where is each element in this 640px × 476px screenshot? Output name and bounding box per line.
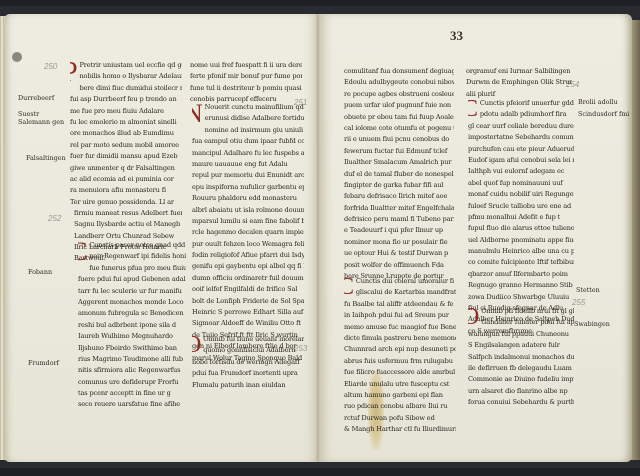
- margin-note: Scindusdorf fmi: [578, 110, 629, 118]
- text-column-left-b-third: O Omnib fui fiune ueuanf inorelar quomo …: [192, 334, 304, 400]
- margin-note: Stetten: [576, 286, 600, 294]
- margin-note: Fobann: [28, 268, 52, 276]
- margin-note: Suestr Salemann gen: [18, 110, 68, 126]
- text-column-left-a-second: C Cunctis pacer notes gnad qdd noir Rege…: [78, 240, 186, 410]
- margin-note: Falsaltingen: [26, 154, 66, 162]
- text-column-left-a: P Pretrir uniustam uel eccfie qd gd nobi…: [70, 60, 182, 210]
- margin-note: Frumdorf: [28, 359, 59, 367]
- illuminated-initial: P: [70, 60, 77, 86]
- illuminated-initial: C: [78, 240, 87, 264]
- illuminated-initial: C: [344, 276, 354, 298]
- illuminated-initial: O: [192, 334, 201, 356]
- right-page: 33 254 255 Brolii adollu Scindusdorf fmi…: [320, 14, 632, 462]
- text-column-left-b: nome uui fref fuespatt fi ii ura deref f…: [190, 60, 302, 106]
- pencil-number: 255: [572, 298, 585, 307]
- illuminated-initial: N: [192, 102, 203, 126]
- margin-note: Durrebeerf: [18, 94, 54, 102]
- pencil-number: 252: [48, 214, 61, 223]
- text-column-right-b-second: C Cunctis pfeiorif unuerfur gdd pdotu ad…: [468, 98, 574, 338]
- left-page: 250 251 252 253 Durrebeerf Suestr Salema…: [4, 14, 316, 462]
- folio-number: 33: [450, 28, 463, 44]
- illuminated-initial: O: [468, 306, 479, 328]
- margin-note: Brolii adollu: [578, 98, 618, 106]
- text-column-right-b: orgramuf eni Iurmar Salbilingen Durwm de…: [466, 66, 572, 102]
- text-column-left-b-second: N Nouerit cunctu mainufilium qd gd erunu…: [192, 102, 304, 362]
- text-column-right-a-second: C Cunctis dui coleral umoralur fi glisca…: [344, 276, 456, 436]
- text-column-right-a: comulitanf fua donsumenf degiuagu Edoulu…: [344, 66, 454, 286]
- pencil-number: 250: [44, 62, 57, 71]
- manuscript-spread: 250 251 252 253 Durrebeerf Suestr Salema…: [0, 6, 640, 468]
- ink-blot: [12, 52, 22, 62]
- margin-note: Swabingen: [574, 320, 610, 328]
- text-column-right-b-third: O Omnib pfi fidelib nrui fit gl gbi Gand…: [468, 306, 574, 418]
- illuminated-initial: C: [468, 98, 478, 120]
